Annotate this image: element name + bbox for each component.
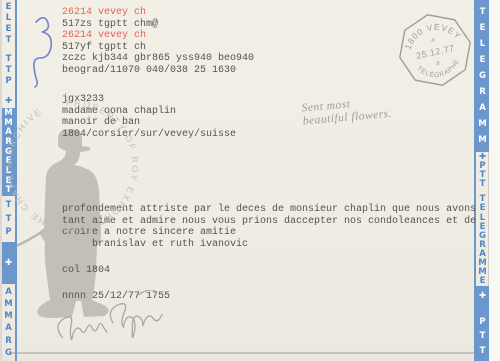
band-letter: E [480, 204, 486, 213]
postmark-index: a [435, 59, 440, 67]
band-letter: L [480, 40, 485, 49]
address-line: 1804/corsier/sur/vevey/suisse [62, 129, 236, 141]
band-letter: P [479, 162, 485, 171]
charlie-chaplin-signature [46, 290, 186, 345]
band-letter: G [479, 72, 486, 81]
header-line: zczc kjb344 gbr865 yss940 beo940 [62, 53, 254, 65]
band-letter: A [5, 324, 12, 333]
band-segment: ELETTTP✚ [2, 0, 15, 108]
band-letter: E [480, 56, 486, 65]
band-segment: TTP [2, 196, 15, 242]
ptt-cross-icon: ✚ [479, 153, 486, 162]
band-letter: T [6, 201, 12, 210]
band-segment: ✚ [2, 242, 15, 284]
band-segment: ✚PTTTELEGRAMME [476, 152, 489, 286]
collation-line: col 1804 [62, 265, 110, 277]
band-letter: M [478, 136, 486, 145]
band-letter: T [6, 55, 12, 64]
band-letter: G [479, 232, 486, 241]
header-line: 517zs tgptt chm@ [62, 19, 254, 31]
band-letter: T [6, 186, 12, 195]
band-letter: L [6, 167, 11, 176]
ptt-cross-icon: ✚ [479, 292, 486, 301]
message-block: profondement attriste par le deces de mo… [62, 204, 476, 250]
band-letter: G [5, 148, 12, 157]
band-letter: R [479, 241, 486, 250]
message-line: branislav et ruth ivanovic [62, 239, 476, 251]
band-letter: T [480, 171, 486, 180]
band-letter: R [5, 138, 12, 147]
header-line: 26214 vevey ch [62, 7, 254, 19]
band-segment: AMMARG [2, 284, 15, 361]
ptt-cross-icon: ✚ [5, 97, 12, 106]
band-letter: L [6, 14, 11, 23]
band-letter: A [479, 250, 486, 259]
band-letter: P [5, 77, 11, 86]
paper-bottom-shadow [0, 355, 500, 361]
band-letter: L [480, 214, 485, 223]
band-letter: M [4, 109, 12, 118]
band-letter: E [6, 25, 12, 34]
blue-pen-scribble [22, 6, 77, 91]
band-letter: M [478, 120, 486, 129]
band-letter: R [5, 337, 12, 346]
band-letter: T [6, 66, 12, 75]
message-line: profondement attriste par le deces de mo… [62, 204, 476, 216]
band-letter: A [5, 288, 12, 297]
band-letter: E [6, 3, 12, 12]
header-line: 26214 vevey ch [62, 30, 254, 42]
postmark-date: 25.12.77 [415, 43, 455, 61]
band-letter: T [480, 180, 486, 189]
band-segment: MMARGELET [2, 108, 15, 196]
band-letter: T [6, 36, 12, 45]
band-letter: R [479, 88, 486, 97]
band-letter: P [5, 228, 11, 237]
header-line: 517yf tgptt ch [62, 42, 254, 54]
message-line: croire a notre sincere amitie [62, 227, 476, 239]
band-segment: ✚PTT [476, 286, 489, 361]
header-line: beograd/11070 040/038 25 1630 [62, 65, 254, 77]
address-block: jgx3233madame oona chaplinmanoir de ban1… [62, 94, 236, 140]
postmark-service: TÉLÉGRAPHE [415, 57, 464, 84]
band-letter: E [480, 223, 486, 232]
band-letter: T [480, 332, 486, 341]
band-letter: E [6, 177, 12, 186]
address-line: madame oona chaplin [62, 106, 236, 118]
left-telegramm-band: ELETTTP✚MMARGELETTTP✚AMMARG [2, 0, 17, 361]
header-block: 26214 vevey ch517zs tgptt chm@26214 veve… [62, 7, 254, 76]
band-letter: G [5, 349, 12, 358]
scan-right-margin [488, 0, 500, 361]
ptt-cross-icon: ✚ [5, 259, 12, 268]
vevey-postmark-stamp: 1800 VEVEY ✳ 25.12.77 a TÉLÉGRAPHE [393, 8, 477, 92]
postmark-ornament: ✳ [430, 37, 436, 45]
band-letter: M [4, 119, 12, 128]
band-letter: E [480, 24, 486, 33]
telegram-scan: PROPERTY OF ROY EXPORT FROM THE CHAPLIN … [0, 0, 500, 361]
band-letter: M [4, 300, 12, 309]
band-letter: P [479, 318, 485, 327]
address-line: manoir de ban [62, 117, 236, 129]
band-segment: TELEGRAMM [476, 0, 489, 152]
band-letter: T [480, 8, 486, 17]
message-line: tant aime et admire nous vous prions dac… [62, 216, 476, 228]
band-letter: A [479, 104, 486, 113]
band-letter: E [6, 157, 12, 166]
address-line: jgx3233 [62, 94, 236, 106]
svg-text:TÉLÉGRAPHE: TÉLÉGRAPHE [415, 57, 464, 84]
band-letter: T [6, 215, 12, 224]
paper-bottom-edge [10, 352, 484, 354]
band-letter: A [5, 128, 12, 137]
band-letter: T [480, 347, 486, 356]
band-letter: E [480, 277, 486, 286]
band-letter: M [4, 312, 12, 321]
